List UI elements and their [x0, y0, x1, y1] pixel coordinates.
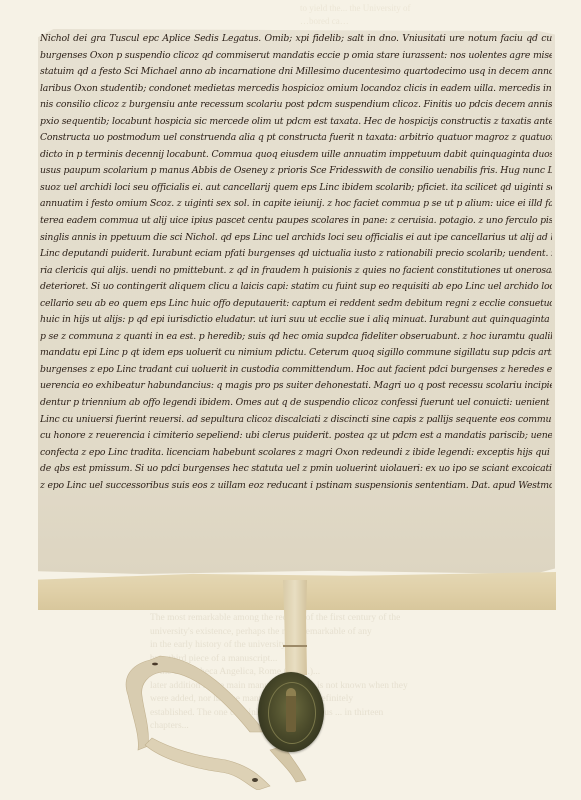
seal-figure-icon [286, 688, 296, 732]
charter-line: singlis annis in ppetuum die sci Nichol.… [40, 230, 552, 247]
charter-line: terea eadem commua ut alij uice ipius pa… [40, 213, 552, 230]
charter-line: nis consilio clicoz z burgensiu ante rec… [40, 97, 552, 114]
wax-seal [258, 672, 324, 752]
charter-line: dentur p triennium ab offo legendi ibide… [40, 395, 552, 412]
charter-line: laribus Oxon studentib; condonet medieta… [40, 81, 552, 98]
charter-line: Linc deputandi puiderit. Iurabunt eciam … [40, 246, 552, 263]
charter-text: Nichol dei gra Tuscul epc Aplice Sedis L… [40, 31, 552, 494]
charter-line: pxio sequentib; locabunt hospicia sic me… [40, 114, 552, 131]
charter-line: de qbs est pmissum. Si uo pdci burgenses… [40, 461, 552, 478]
charter-line: huic in hijs ut alijs: p qd epi iurisdic… [40, 312, 552, 329]
charter-line: uerencia eo exhibeatur habundancius: q m… [40, 378, 552, 395]
charter-line: usus paupum scolarium p manus Abbis de O… [40, 163, 552, 180]
charter-line: ria clericis qui alijs. uendi no pmitteb… [40, 263, 552, 280]
charter-line: cellario seu ab eo quem eps Linc huic of… [40, 296, 552, 313]
charter-line: statuim qd a festo Sci Michael anno ab i… [40, 64, 552, 81]
charter-line: p se z communa z quanti in ea est. p her… [40, 329, 552, 346]
charter-line: burgenses Oxon p suspendio clicoz qd com… [40, 48, 552, 65]
charter-line: confecta z epo Linc tradita. licenciam h… [40, 445, 552, 462]
charter-line: Constructa uo postmodum uel construenda … [40, 130, 552, 147]
charter-line: Linc cu uniuersi fuerint reuersi. ad sep… [40, 412, 552, 429]
charter-line: deterioret. Si uo contingerit aliquem cl… [40, 279, 552, 296]
charter-line: Nichol dei gra Tuscul epc Aplice Sedis L… [40, 31, 552, 48]
charter-line: dicto in p terminis decennij locabunt. C… [40, 147, 552, 164]
charter-line: burgenses z epo Linc tradant cui uolueri… [40, 362, 552, 379]
charter-line: z epo Linc uel successoribus suis eos z … [40, 478, 552, 495]
charter-line: annuatim i festo omium Scoz. z uiginti s… [40, 196, 552, 213]
charter-line: cu honore z reuerencia i cimiterio sepel… [40, 428, 552, 445]
charter-line: mandatu epi Linc p qt idem eps uoluerit … [40, 345, 552, 362]
bleed-through-text-top: to yield the... the University of …bored… [300, 2, 560, 30]
charter-line: suoz uel archidi loci seu officialis ei.… [40, 180, 552, 197]
